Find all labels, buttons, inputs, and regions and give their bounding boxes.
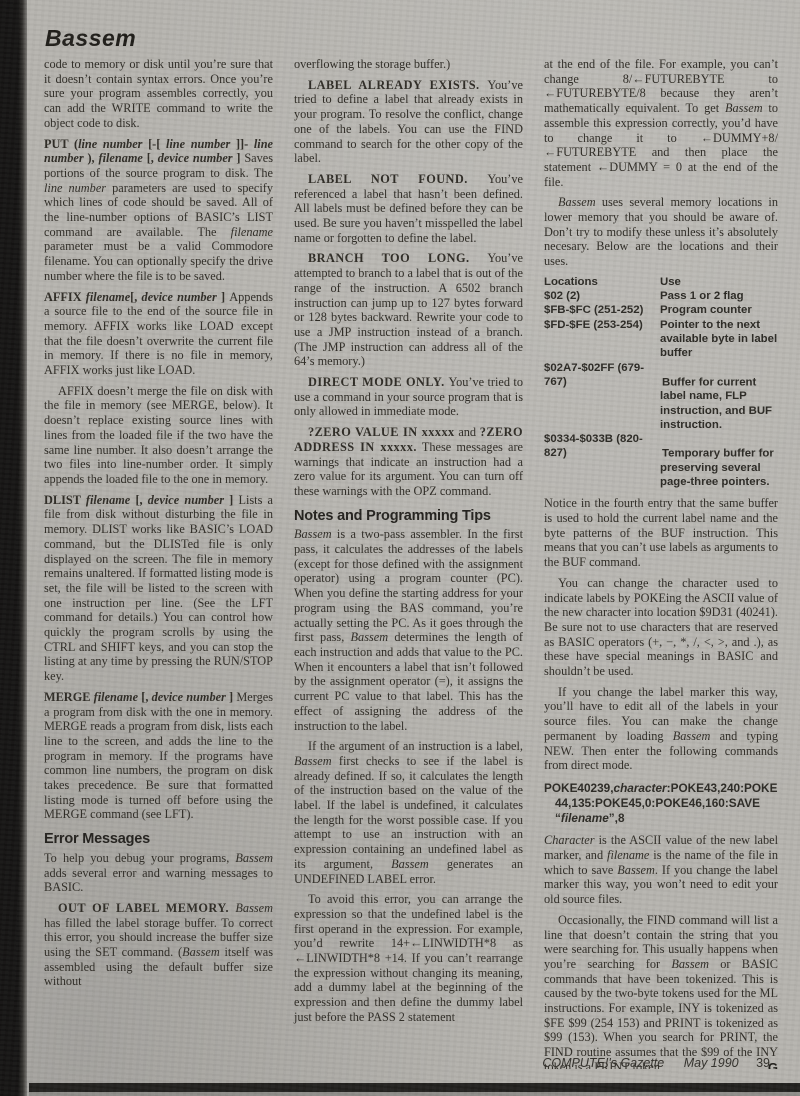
text-segment: [, — [143, 151, 158, 165]
text-segment: Bassem — [558, 195, 596, 209]
text-segment: line number — [44, 181, 106, 195]
command-paragraph: MERGE filename [, device number ] Merges… — [44, 690, 273, 822]
paragraph: LABEL NOT FOUND. You’ve referenced a lab… — [294, 172, 523, 246]
text-segment: Bassem — [617, 863, 655, 877]
paragraph: DIRECT MODE ONLY. You’ve tried to use a … — [294, 375, 523, 419]
text-segment: You’ve attempted to branch to a label th… — [294, 251, 523, 368]
text-segment: Character — [544, 833, 595, 847]
scanned-magazine-page: { "page": { "logo": "Bassem", "end_mark"… — [0, 0, 800, 1096]
text-segment: filename — [94, 690, 138, 704]
text-segment: DLIST — [44, 493, 86, 507]
code-line: “filename”,8 — [544, 811, 778, 826]
text-segment: [, — [130, 493, 148, 507]
paragraph: To avoid this error, you can arrange the… — [294, 892, 523, 1024]
paragraph: Bassem uses several memory locations in … — [544, 195, 778, 269]
table-cell-use: Pointer to the next available byte in la… — [660, 319, 777, 360]
paragraph: BRANCH TOO LONG. You’ve attempted to bra… — [294, 251, 523, 369]
text-segment: device number — [152, 690, 226, 704]
text-segment: device number — [158, 151, 233, 165]
text-segment: ”,8 — [609, 811, 625, 825]
text-segment: overflowing the storage buffer.) — [294, 57, 450, 71]
text-segment: You can change the character used to ind… — [544, 576, 778, 678]
text-segment: filename — [231, 225, 273, 239]
text-segment: Bassem — [235, 851, 273, 865]
text-segment: Bassem — [182, 945, 220, 959]
table-row: $FD-$FE (253-254)Pointer to the next ava… — [544, 318, 778, 361]
article-body: code to memory or disk until you’re sure… — [44, 57, 778, 1069]
text-segment: Merges a program from disk with the one … — [44, 690, 273, 822]
table-header-locations: Locations — [544, 275, 660, 289]
command-paragraph: AFFIX filename[, device number ] Appends… — [44, 290, 273, 378]
text-segment: first checks to see if the label is alre… — [294, 754, 523, 871]
table-row: $0334-$033B (820-827)Temporary buffer fo… — [544, 432, 778, 489]
page-footer: COMPUTE!'s Gazette May 1990 39 — [542, 1057, 770, 1070]
text-segment: BRANCH TOO LONG. — [308, 251, 487, 265]
paragraph: You can change the character used to ind… — [544, 576, 778, 679]
text-segment: or BASIC commands that have been tokeniz… — [544, 957, 778, 1069]
text-segment: LABEL ALREADY EXISTS. — [308, 78, 487, 92]
text-segment: :POKE43,240:POKE — [667, 781, 778, 795]
table-cell-location: $02A7-$02FF (679-767) — [544, 361, 662, 390]
paragraph: AFFIX doesn’t merge the file on disk wit… — [44, 384, 273, 487]
text-segment: ] — [233, 151, 245, 165]
text-segment: adds several error and warning messages … — [44, 866, 273, 895]
text-segment: DIRECT MODE ONLY. — [308, 375, 448, 389]
text-segment: POKE40239, — [544, 781, 614, 795]
paragraph: If you change the label marker this way,… — [544, 685, 778, 773]
table-cell-location: $0334-$033B (820-827) — [544, 432, 662, 461]
text-segment: code to memory or disk until you’re sure… — [44, 57, 273, 130]
table-cell-use: Buffer for current label name, FLP instr… — [660, 376, 772, 431]
text-segment: MERGE — [44, 690, 94, 704]
text-segment: line number — [166, 137, 230, 151]
text-segment: To help you debug your programs, — [44, 851, 235, 865]
text-segment: filename — [86, 493, 130, 507]
paragraph: Notice in the fourth entry that the same… — [544, 496, 778, 570]
paragraph: If the argument of an instruction is a l… — [294, 739, 523, 886]
text-segment: AFFIX — [44, 290, 86, 304]
paragraph: at the end of the file. For example, you… — [544, 57, 778, 189]
table-row: $FB-$FC (251-252)Program counter — [544, 303, 778, 317]
table-row: $02 (2)Pass 1 or 2 flag — [544, 289, 778, 303]
magazine-name: COMPUTE!'s Gazette — [542, 1056, 664, 1070]
text-segment: [, — [130, 290, 141, 304]
text-segment: filename — [86, 290, 130, 304]
text-segment: is a two-pass assembler. In the first pa… — [294, 527, 523, 644]
text-segment: AFFIX doesn’t merge the file on disk wit… — [44, 384, 273, 486]
text-segment: ] — [226, 690, 236, 704]
text-segment: [, — [138, 690, 152, 704]
scan-bottom-edge — [29, 1083, 800, 1092]
text-segment: Bassem — [351, 630, 389, 644]
issue-date: May 1990 — [684, 1056, 739, 1070]
paragraph: code to memory or disk until you’re sure… — [44, 57, 273, 131]
memory-locations-table: LocationsUse$02 (2)Pass 1 or 2 flag$FB-$… — [544, 275, 778, 489]
text-segment: If the argument of an instruction is a l… — [308, 739, 523, 753]
text-segment: ?ZERO VALUE IN xxxxx — [308, 425, 455, 439]
text-segment: Bassem — [391, 857, 429, 871]
section-heading: Notes and Programming Tips — [294, 508, 523, 525]
command-paragraph: DLIST filename [, device number ] Lists … — [44, 493, 273, 684]
text-segment: Bassem — [294, 527, 332, 541]
paragraph: Character is the ASCII value of the new … — [544, 833, 778, 907]
text-segment: ] — [224, 493, 238, 507]
code-line: 44,135:POKE45,0:POKE46,160:SAVE — [544, 796, 778, 811]
table-header-use: Use — [660, 276, 681, 288]
text-segment: Bassem — [673, 729, 711, 743]
text-segment: filename — [561, 811, 609, 825]
text-segment: and — [455, 425, 480, 439]
command-paragraph: PUT (line number [-[ line number ]]- lin… — [44, 137, 273, 284]
table-cell-use: Program counter — [660, 304, 752, 316]
text-segment: Bassem — [725, 101, 763, 115]
text-segment: ), — [84, 151, 99, 165]
text-segment: filename — [98, 151, 142, 165]
text-segment: Bassem — [671, 957, 709, 971]
paragraph: ?ZERO VALUE IN xxxxx and ?ZERO ADDRESS I… — [294, 425, 523, 499]
paragraph: OUT OF LABEL MEMORY. Bassem has filled t… — [44, 901, 273, 989]
text-segment: [-[ — [142, 137, 166, 151]
text-segment: LABEL NOT FOUND. — [308, 172, 487, 186]
text-segment: Notice in the fourth entry that the same… — [544, 496, 778, 569]
paragraph: overflowing the storage buffer.) — [294, 57, 523, 72]
table-cell-use: Temporary buffer for preserving several … — [660, 447, 774, 488]
text-segment: OUT OF LABEL MEMORY. — [58, 901, 235, 915]
scan-left-edge — [0, 0, 27, 1096]
table-cell-location: $FD-$FE (253-254) — [544, 318, 660, 332]
paragraph: LABEL ALREADY EXISTS. You’ve tried to de… — [294, 78, 523, 166]
scan-bottom-margin — [29, 1092, 800, 1096]
text-segment: device number — [142, 290, 217, 304]
text-segment: 44,135:POKE45,0:POKE46,160:SAVE — [555, 796, 760, 810]
text-segment: ]]- — [230, 137, 254, 151]
table-cell-location: $FB-$FC (251-252) — [544, 303, 660, 317]
text-segment: filename — [607, 848, 649, 862]
text-segment: determines the length of each instructio… — [294, 630, 523, 732]
paragraph: Occasionally, the FIND command will list… — [544, 913, 778, 1069]
text-segment: line number — [78, 137, 142, 151]
table-cell-use: Pass 1 or 2 flag — [660, 290, 744, 302]
text-segment: ] — [217, 290, 230, 304]
text-segment: Bassem — [294, 754, 332, 768]
table-header-row: LocationsUse — [544, 275, 778, 289]
table-cell-location: $02 (2) — [544, 289, 660, 303]
text-segment: device number — [148, 493, 224, 507]
paragraph: To help you debug your programs, Bassem … — [44, 851, 273, 895]
text-segment: To avoid this error, you can arrange the… — [294, 892, 523, 1024]
paragraph: Bassem is a two-pass assembler. In the f… — [294, 527, 523, 733]
text-segment: parameter must be a valid Commodore file… — [44, 239, 273, 282]
table-row: $02A7-$02FF (679-767)Buffer for current … — [544, 361, 778, 432]
page-number: 39 — [756, 1056, 770, 1070]
article-column-1: code to memory or disk until you’re sure… — [44, 57, 273, 1069]
text-segment: Bassem — [235, 901, 273, 915]
article-column-3: at the end of the file. For example, you… — [544, 57, 778, 1069]
article-logo: Bassem — [45, 27, 136, 50]
code-block: POKE40239,character:POKE43,240:POKE44,13… — [544, 781, 778, 825]
code-line: POKE40239,character:POKE43,240:POKE — [544, 781, 778, 796]
text-segment: Lists a file from disk without disturbin… — [44, 493, 273, 683]
text-segment: PUT ( — [44, 137, 78, 151]
article-column-2: overflowing the storage buffer.)LABEL AL… — [294, 57, 523, 1069]
section-heading: Error Messages — [44, 831, 273, 848]
text-segment: character — [614, 781, 667, 795]
